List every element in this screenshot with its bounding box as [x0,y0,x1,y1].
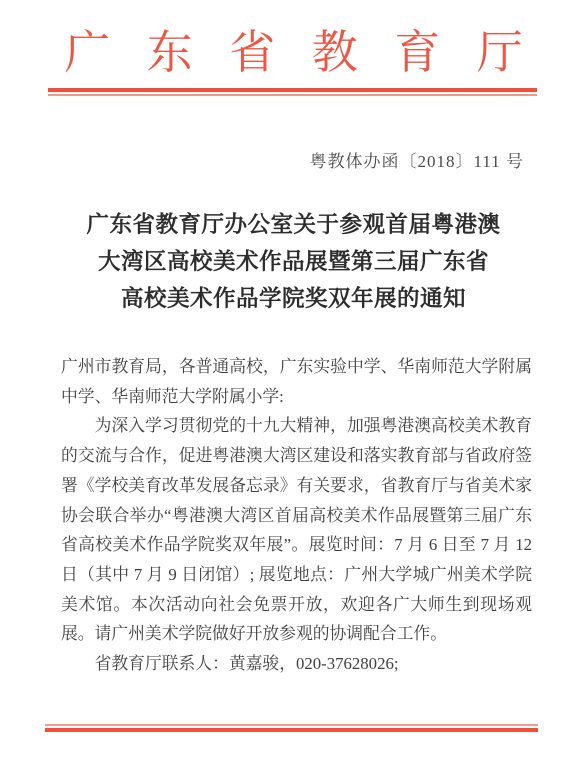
document-body: 广州市教育局，各普通高校，广东实验中学、华南师范大学附属中学、华南师范大学附属小… [61,352,532,679]
letterhead-title: 广 东 省 教 育 厅 [0,26,587,80]
document-page: 广 东 省 教 育 厅 粤教体办函〔2018〕111 号 广东省教育厅办公室关于… [0,0,587,772]
document-title-line-2: 大湾区高校美术作品展暨第三届广东省 [0,243,587,280]
letterhead-divider [48,88,537,96]
document-title-line-1: 广东省教育厅办公室关于参观首届粤港澳 [0,206,587,243]
main-paragraph: 为深入学习贯彻党的十九大精神，加强粤港澳高校美术教育的交流与合作，促进粤港澳大湾… [61,411,532,649]
footer-divider [45,724,538,732]
footer-divider-thick-line [45,728,538,732]
document-title: 广东省教育厅办公室关于参观首届粤港澳 大湾区高校美术作品展暨第三届广东省 高校美… [0,206,587,317]
contact-paragraph: 省教育厅联系人：黄嘉骏，020-37628026; [61,649,532,679]
document-number: 粤教体办函〔2018〕111 号 [310,147,525,172]
letterhead-divider-thin-line [48,94,537,96]
addressee-paragraph: 广州市教育局，各普通高校，广东实验中学、华南师范大学附属中学、华南师范大学附属小… [61,352,532,411]
document-title-line-3: 高校美术作品学院奖双年展的通知 [0,280,587,317]
